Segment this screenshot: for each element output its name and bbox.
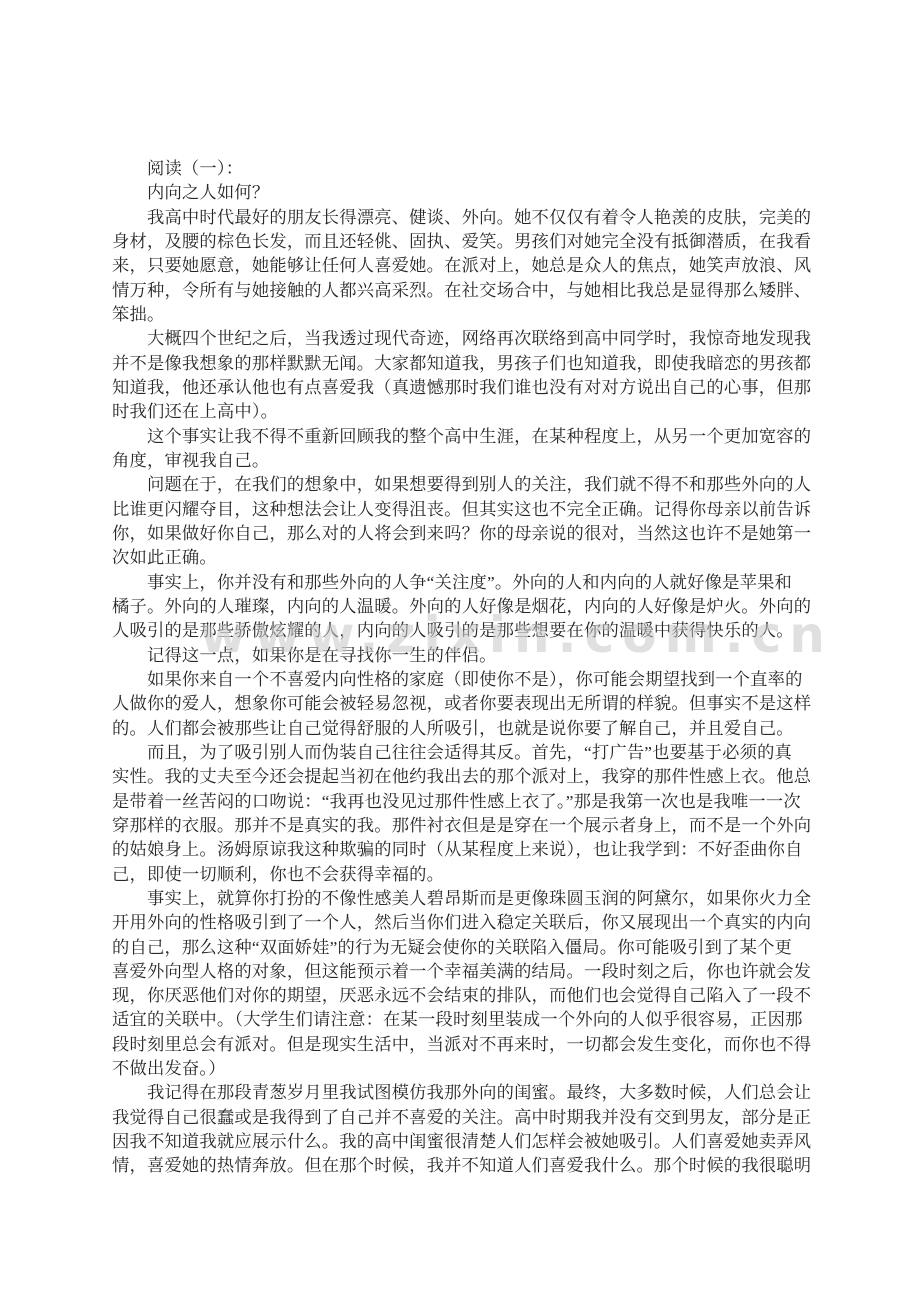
document-line: 开用外向的性格吸引到了一个人，然后当你们进入稳定关联后，你又展现出一个真实的内向 bbox=[112, 911, 812, 935]
document-line: 因我不知道我就应展示什么。我的高中闺蜜很清楚人们怎样会被她吸引。人们喜爱她卖弄风 bbox=[112, 1130, 812, 1154]
document-line: 这个事实让我不得不重新回顾我的整个高中生涯，在某种程度上，从另一个更加宽容的 bbox=[112, 425, 812, 449]
document-line: 角度，审视我自己。 bbox=[112, 449, 812, 473]
document-line: 事实上，你并没有和那些外向的人争“关注度”。外向的人和内向的人就好像是苹果和 bbox=[112, 571, 812, 595]
document-line: 大概四个世纪之后，当我透过现代奇迹，网络再次联络到高中同学时，我惊奇地发现我 bbox=[112, 327, 812, 351]
document-line: 笨拙。 bbox=[112, 303, 812, 327]
document-text-block: 阅读（一）： 内向之人如何？ 我高中时代最好的朋友长得漂亮、健谈、外向。她不仅仅… bbox=[112, 157, 812, 1179]
document-line: 来，只要她愿意，她能够让任何人喜爱她。在派对上，她总是众人的焦点，她笑声放浪、风 bbox=[112, 254, 812, 278]
document-line: 情，喜爱她的热情奔放。但在那个时候，我并不知道人们喜爱我什么。那个时候的我很聪明 bbox=[112, 1154, 812, 1178]
document-line: 知道我，他还承认他也有点喜爱我（真遗憾那时我们谁也没有对对方说出自己的心事，但那 bbox=[112, 376, 812, 400]
document-line: 身材，及腰的棕色长发，而且还轻佻、固执、爱笑。男孩们对她完全没有抵御潜质，在我看 bbox=[112, 230, 812, 254]
document-line: 问题在于，在我们的想象中，如果想要得到别人的关注，我们就不得不和那些外向的人 bbox=[112, 473, 812, 497]
document-line: 记得这一点，如果你是在寻找你一生的伴侣。 bbox=[112, 644, 812, 668]
document-line: 己，即使一切顺利，你也不会获得幸福的。 bbox=[112, 863, 812, 887]
document-line: 穿那样的衣服。那并不是真实的我。那件衬衣但是是穿在一个展示者身上，而不是一个外向 bbox=[112, 814, 812, 838]
document-line: 你，如果做好你自己，那么对的人将会到来吗？你的母亲说的很对，当然这也许不是她第一 bbox=[112, 522, 812, 546]
document-line: 是带着一丝苦闷的口吻说：“我再也没见过那件性感上衣了。”那是我第一次也是我唯一一… bbox=[112, 790, 812, 814]
document-line: 橘子。外向的人璀璨，内向的人温暖。外向的人好像是烟花，内向的人好像是炉火。外向的 bbox=[112, 595, 812, 619]
document-line: 我觉得自己很蠢或是我得到了自己并不喜爱的关注。高中时期我并没有交到男友，部分是正 bbox=[112, 1106, 812, 1130]
document-line: 时我们还在上高中）。 bbox=[112, 400, 812, 424]
document-line: 现，你厌恶他们对你的期望，厌恶永远不会结束的排队，而他们也会觉得自己陷入了一段不 bbox=[112, 984, 812, 1008]
document-line: 并不是像我想象的那样默默无闻。大家都知道我，男孩子们也知道我，即使我暗恋的男孩都 bbox=[112, 352, 812, 376]
document-line: 我高中时代最好的朋友长得漂亮、健谈、外向。她不仅仅有着令人艳羡的皮肤，完美的 bbox=[112, 206, 812, 230]
document-line: 人吸引的是那些骄傲炫耀的人，内向的人吸引的是那些想要在你的温暖中获得快乐的人。 bbox=[112, 619, 812, 643]
document-line: 内向之人如何？ bbox=[112, 181, 812, 205]
document-page: www.zixin.com.cn 阅读（一）： 内向之人如何？ 我高中时代最好的… bbox=[0, 0, 920, 1302]
document-line: 比谁更闪耀夺目，这种想法会让人变得沮丧。但其实这也不完全正确。记得你母亲以前告诉 bbox=[112, 498, 812, 522]
document-line: 不做出发奋。） bbox=[112, 1057, 812, 1081]
document-line: 我记得在那段青葱岁月里我试图模仿我那外向的闺蜜。最终，大多数时候，人们总会让 bbox=[112, 1081, 812, 1105]
document-line: 事实上，就算你打扮的不像性感美人碧昂斯而是更像珠圆玉润的阿黛尔，如果你火力全 bbox=[112, 887, 812, 911]
document-line: 人做你的爱人，想象你可能会被轻易忽视，或者你要表现出无所谓的样貌。但事实不是这样 bbox=[112, 692, 812, 716]
document-line: 喜爱外向型人格的对象，但这能预示着一个幸福美满的结局。一段时刻之后，你也许就会发 bbox=[112, 960, 812, 984]
document-line: 实性。我的丈夫至今还会提起当初在他约我出去的那个派对上，我穿的那件性感上衣。他总 bbox=[112, 765, 812, 789]
document-line: 的自己，那么这种“双面娇娃”的行为无疑会使你的关联陷入僵局。你可能吸引到了某个更 bbox=[112, 936, 812, 960]
document-line: 阅读（一）： bbox=[112, 157, 812, 181]
document-line: 而且，为了吸引别人而伪装自己往往会适得其反。首先，“打广告”也要基于必须的真 bbox=[112, 741, 812, 765]
document-line: 如果你来自一个不喜爱内向性格的家庭（即使你不是），你可能会期望找到一个直率的 bbox=[112, 668, 812, 692]
document-line: 次如此正确。 bbox=[112, 546, 812, 570]
document-line: 适宜的关联中。（大学生们请注意：在某一段时刻里装成一个外向的人似乎很容易，正因那 bbox=[112, 1008, 812, 1032]
document-line: 情万种，令所有与她接触的人都兴高采烈。在社交场合中，与她相比我总是显得那么矮胖、 bbox=[112, 279, 812, 303]
document-line: 段时刻里总会有派对。但是现实生活中，当派对不再来时，一切都会发生变化，而你也不得 bbox=[112, 1033, 812, 1057]
document-line: 的。人们都会被那些让自己觉得舒服的人所吸引，也就是说你要了解自己，并且爱自己。 bbox=[112, 717, 812, 741]
document-line: 的姑娘身上。汤姆原谅我这种欺骗的同时（从某程度上来说），也让我学到：不好歪曲你自 bbox=[112, 838, 812, 862]
